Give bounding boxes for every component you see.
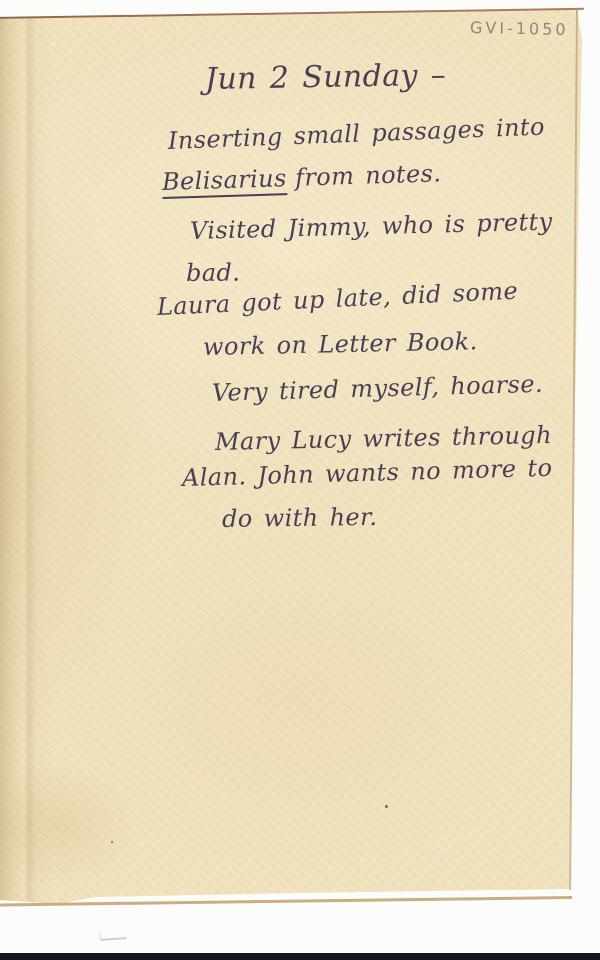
underlined-title-belisarius: Belisarius [162,164,288,199]
handwriting-line-4: bad. [186,259,241,287]
handwriting-line-6: work on Letter Book. [203,327,478,361]
scanner-smudge [100,931,126,941]
scanner-bar [0,953,600,960]
handwriting-line-7: Very tired myself, hoarse. [212,370,544,407]
entry-date-heading: Jun 2 Sunday – [205,58,447,97]
handwriting-line-10: do with her. [222,503,378,533]
archive-code: GVI-1050 [470,18,569,39]
handwriting-line-1: Inserting small passages into [167,113,545,155]
handwriting-line-3: Visited Jimmy, who is pretty [190,208,553,245]
handwriting-line-2: Belisariusfrom notes. [162,159,442,196]
handwriting-line-8: Mary Lucy writes through [215,421,552,456]
ink-speck [385,805,388,808]
scanned-diary-page: GVI-1050 Jun 2 Sunday – Inserting small … [0,0,600,960]
handwriting-line-2-rest: from notes. [295,159,442,192]
notebook-page-paper: GVI-1050 Jun 2 Sunday – Inserting small … [0,0,600,910]
gutter-crease [0,12,52,904]
handwriting-line-9: Alan. John wants no more to [182,454,553,492]
ink-speck [111,841,113,843]
